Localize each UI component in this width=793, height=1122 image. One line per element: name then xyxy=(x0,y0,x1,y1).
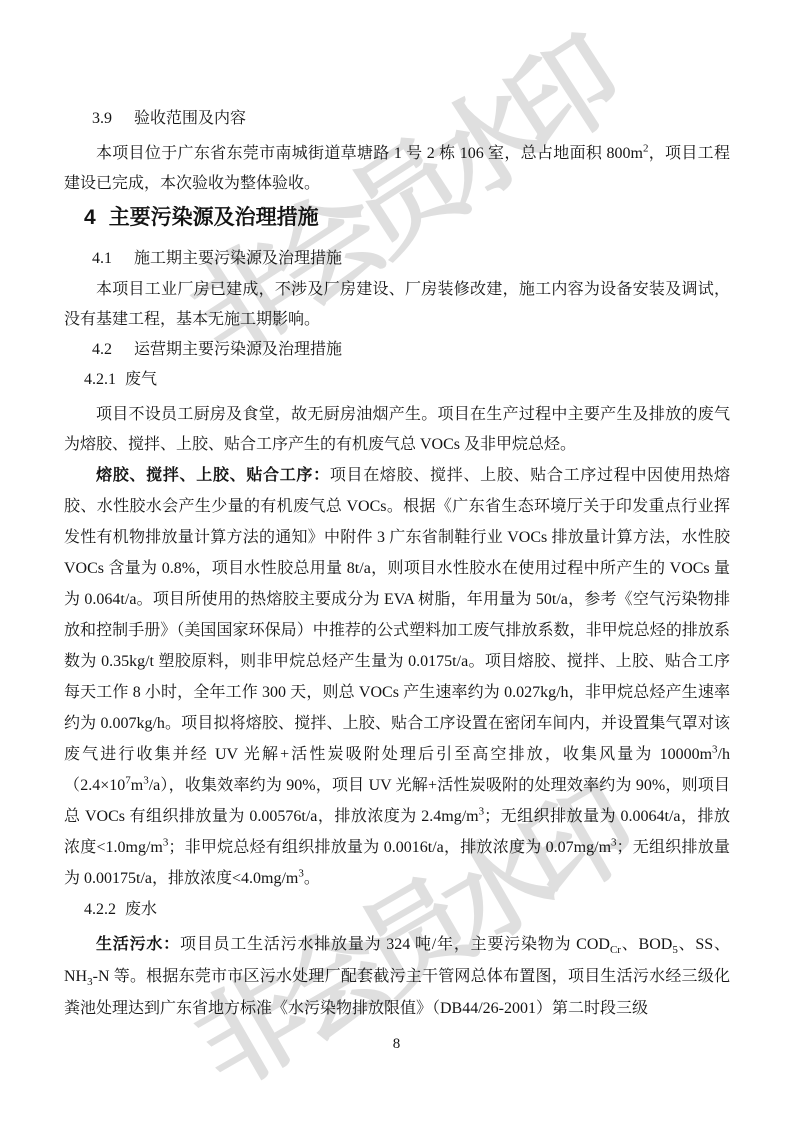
section-heading-4-2: 4.2运营期主要污染源及治理措施 xyxy=(64,335,730,365)
section-title: 施工期主要污染源及治理措施 xyxy=(134,250,342,267)
section-heading-4-2-1: 4.2.1废气 xyxy=(64,365,730,395)
paragraph-glue-process-text: 项目在熔胶、搅拌、上胶、贴合工序过程中因使用热熔胶、水性胶水会产生少量的有机废气… xyxy=(64,467,730,887)
chapter-title: 主要污染源及治理措施 xyxy=(109,206,319,229)
bold-lead-domestic-sewage: 生活污水： xyxy=(96,936,180,953)
document-body: 3.9验收范围及内容 本项目位于广东省东莞市南城街道草塘路 1 号 2 栋 10… xyxy=(64,0,730,1025)
paragraph-glue-process: 熔胶、搅拌、上胶、贴合工序：项目在熔胶、搅拌、上胶、贴合工序过程中因使用热熔胶、… xyxy=(64,460,730,894)
paragraph-domestic-sewage: 生活污水：项目员工生活污水排放量为 324 吨/年，主要污染物为 CODCr、B… xyxy=(64,929,730,1025)
section-number: 4.1 xyxy=(92,250,112,267)
bold-lead-glue-process: 熔胶、搅拌、上胶、贴合工序： xyxy=(96,467,330,484)
section-number: 4.2.1 xyxy=(84,371,116,388)
section-title: 废气 xyxy=(125,371,157,388)
section-title: 验收范围及内容 xyxy=(134,110,246,127)
chapter-heading-4: 4主要污染源及治理措施 xyxy=(64,201,730,235)
section-title: 运营期主要污染源及治理措施 xyxy=(134,341,342,358)
section-heading-3-9: 3.9验收范围及内容 xyxy=(64,104,730,134)
section-number: 4.2 xyxy=(92,341,112,358)
chapter-number: 4 xyxy=(84,206,96,229)
page-number: 8 xyxy=(0,1036,793,1053)
section-number: 3.9 xyxy=(92,110,112,127)
paragraph-waste-gas-intro: 项目不设员工厨房及食堂，故无厨房油烟产生。项目在生产过程中主要产生及排放的废气为… xyxy=(64,400,730,460)
paragraph-project-location: 本项目位于广东省东莞市南城街道草塘路 1 号 2 栋 106 室，总占地面积 8… xyxy=(64,139,730,199)
document-page: 非会员水印 非会员水印 3.9验收范围及内容 本项目位于广东省东莞市南城街道草塘… xyxy=(0,0,793,1122)
section-heading-4-1: 4.1施工期主要污染源及治理措施 xyxy=(64,244,730,274)
section-heading-4-2-2: 4.2.2废水 xyxy=(64,895,730,925)
section-title: 废水 xyxy=(125,901,157,918)
paragraph-construction-period: 本项目工业厂房已建成，不涉及厂房建设、厂房装修改建，施工内容为设备安装及调试，没… xyxy=(64,275,730,335)
section-number: 4.2.2 xyxy=(84,901,116,918)
